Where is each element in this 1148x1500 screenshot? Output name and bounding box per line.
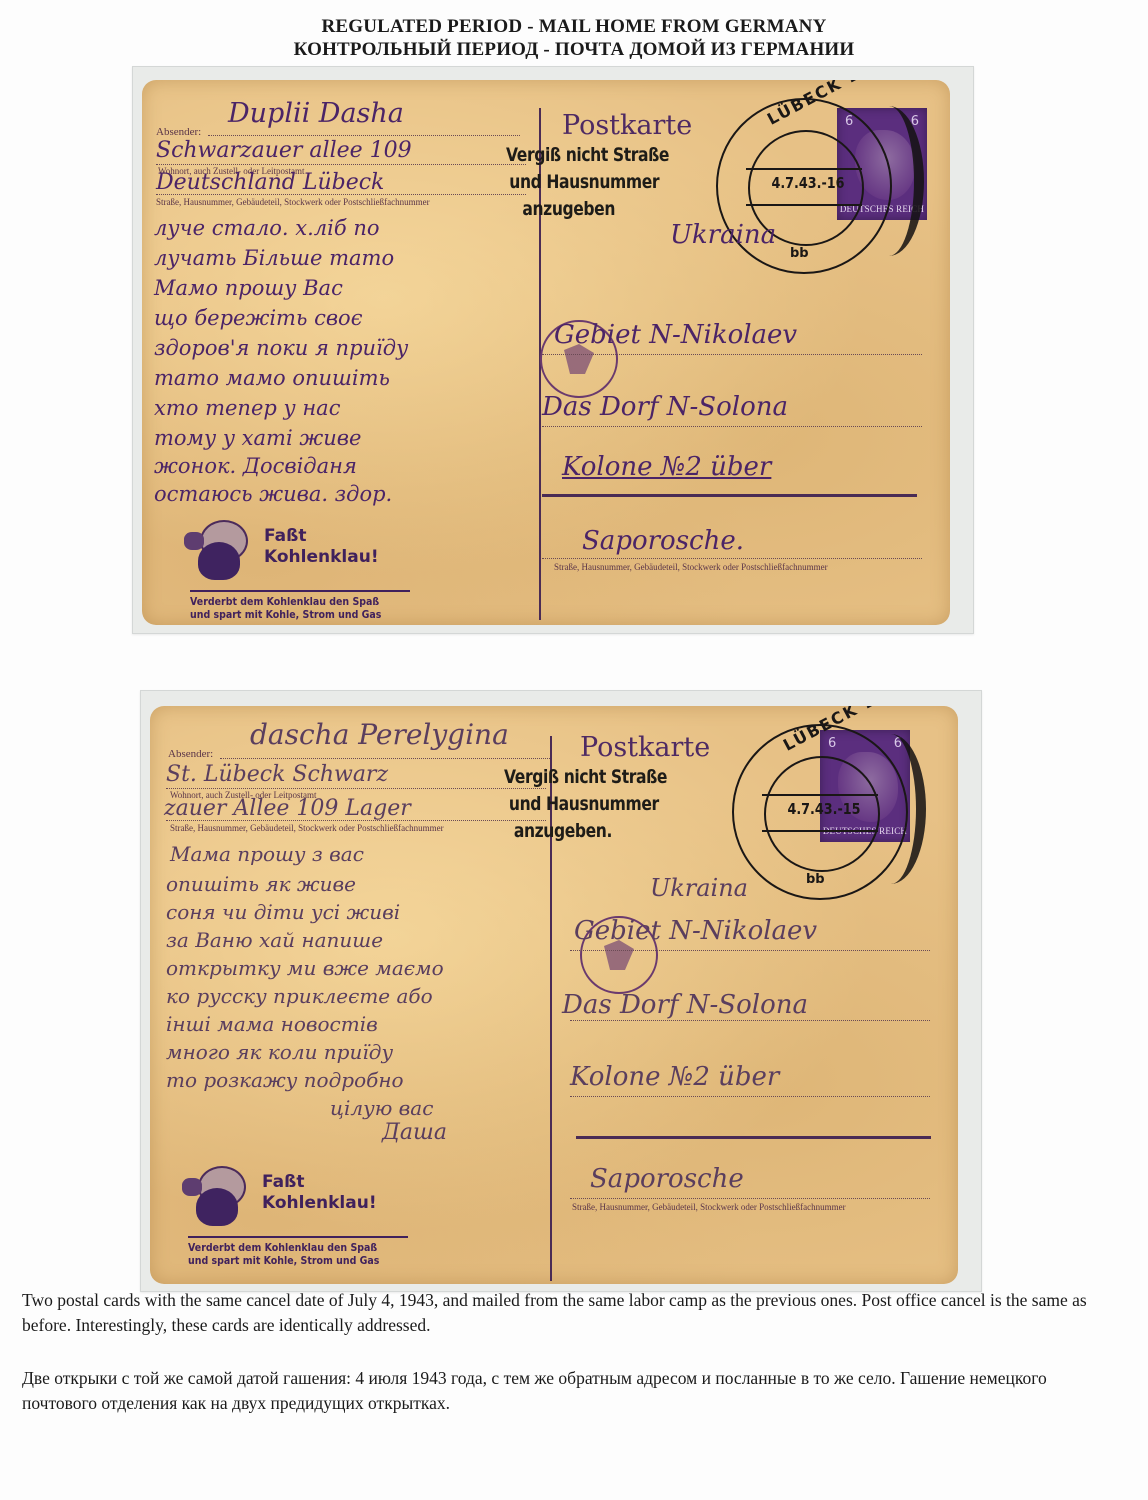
page-title-russian: КОНТРОЛЬНЫЙ ПЕРИОД - ПОЧТА ДОМОЙ ИЗ ГЕРМ… — [0, 39, 1148, 61]
message-signature: Даша — [382, 1120, 447, 1145]
dotted-line — [166, 788, 546, 789]
message-line: хто тепер у нас — [154, 396, 340, 420]
strasse-label: Straße, Hausnummer, Gebäudeteil, Stockwe… — [554, 562, 828, 572]
message-line: жонок. Досвіданя — [154, 454, 357, 478]
message-line: що бережіть своє — [154, 306, 362, 330]
message-line: інші мама новостів — [166, 1012, 378, 1036]
dotted-line — [570, 950, 930, 951]
message-line: тато мамо опишіть — [154, 366, 390, 390]
message-line: тому у хаті живе — [154, 426, 361, 450]
kohlenklau-subtext: Verderbt dem Kohlenklau den Spaßund spar… — [188, 1242, 379, 1268]
message-line: много як коли приїду — [166, 1040, 393, 1064]
address-rule — [576, 1136, 931, 1139]
message-line: то розкажу подробно — [166, 1068, 404, 1092]
absender-label: Absender: — [156, 126, 201, 138]
postkarte-heading: Postkarte — [580, 732, 710, 763]
sender-street: Schwarzauer allee 109 — [156, 138, 412, 163]
dotted-line — [570, 1198, 930, 1199]
kohlenklau-figure-icon — [182, 1166, 246, 1228]
message-line: за Ваню хай напише — [166, 928, 383, 952]
address-country: Ukraina — [670, 220, 776, 250]
absender-label: Absender: — [168, 748, 213, 760]
postmark-city: LÜBECK 1 — [764, 80, 864, 129]
divider-rule — [190, 590, 410, 592]
postal-card-1: Absender: Duplii Dasha Schwarzauer allee… — [142, 80, 950, 625]
message-line: Мамо прошу Вас — [154, 276, 343, 300]
message-line: открытку ми вже маємо — [166, 956, 444, 980]
dotted-line — [220, 758, 550, 759]
address-country: Ukraina — [650, 874, 748, 902]
message-line: Мама прошу з вас — [170, 842, 364, 866]
message-line: остаюсь жива. здор. — [154, 482, 392, 506]
sender-name: dascha Perelygina — [250, 718, 509, 751]
address-colony: Kolone №2 über — [562, 452, 771, 482]
address-region: Gebiet N-Nikolaev — [554, 320, 797, 350]
dotted-line — [570, 1096, 930, 1097]
dotted-line — [166, 820, 546, 821]
message-line: цілую вас — [330, 1096, 433, 1120]
address-city: Saporosche. — [582, 526, 744, 556]
message-line: луче стало. х.ліб по — [154, 216, 380, 240]
kohlenklau-slogan: FaßtKohlenklau! — [264, 526, 379, 568]
strasse-label: Straße, Hausnummer, Gebäudeteil, Stockwe… — [572, 1202, 846, 1212]
address-colony: Kolone №2 über — [570, 1062, 779, 1092]
address-region: Gebiet N-Nikolaev — [574, 916, 817, 946]
message-line: лучать Більше тато — [154, 246, 394, 270]
caption-russian: Две открыки с той же самой датой гашения… — [22, 1366, 1122, 1416]
kohlenklau-figure-icon — [184, 520, 248, 582]
address-village: Das Dorf N-Solona — [542, 392, 788, 422]
page-title-english: REGULATED PERIOD - MAIL HOME FROM GERMAN… — [0, 16, 1148, 38]
dotted-line — [208, 135, 520, 136]
postmark-date: 4.7.43.-16 — [766, 174, 851, 192]
ink-smudge — [856, 734, 926, 884]
address-village: Das Dorf N-Solona — [562, 990, 808, 1020]
caption-english: Two postal cards with the same cancel da… — [22, 1288, 1122, 1338]
address-rule — [542, 494, 917, 497]
dotted-line — [156, 194, 526, 195]
dotted-line — [542, 354, 922, 355]
dotted-line — [542, 426, 922, 427]
ink-smudge — [854, 106, 924, 256]
sender-city: Deutschland Lübeck — [156, 170, 384, 195]
address-reminder-handstamp: Vergiß nicht Straße und Hausnummer anzug… — [506, 142, 669, 223]
message-line: ко русску приклеєте або — [166, 984, 433, 1008]
sender-name: Duplii Dasha — [228, 98, 404, 129]
postmark-date: 4.7.43.-15 — [782, 800, 867, 818]
kohlenklau-slogan: FaßtKohlenklau! — [262, 1172, 377, 1214]
address-reminder-handstamp: Vergiß nicht Straße und Hausnummer anzug… — [504, 764, 667, 845]
postal-card-2: Absender: dascha Perelygina St. Lübeck S… — [150, 706, 958, 1284]
dotted-line — [542, 558, 922, 559]
address-city: Saporosche — [590, 1164, 744, 1194]
strasse-label: Straße, Hausnummer, Gebäudeteil, Stockwe… — [156, 197, 430, 207]
message-line: здоров'я поки я приїду — [154, 336, 408, 360]
postmark-code: bb — [806, 872, 825, 887]
sender-street: St. Lübeck Schwarz — [166, 762, 388, 787]
kohlenklau-subtext: Verderbt dem Kohlenklau den Spaßund spar… — [190, 596, 381, 622]
divider-rule — [188, 1236, 408, 1238]
dotted-line — [570, 1020, 930, 1021]
message-line: соня чи діти усі живі — [166, 900, 400, 924]
sender-city: zauer Allee 109 Lager — [164, 796, 411, 821]
postmark-code: bb — [790, 246, 809, 261]
dotted-line — [156, 164, 526, 165]
strasse-label: Straße, Hausnummer, Gebäudeteil, Stockwe… — [170, 823, 444, 833]
message-line: опишіть як живе — [166, 872, 356, 896]
postkarte-heading: Postkarte — [562, 110, 692, 141]
